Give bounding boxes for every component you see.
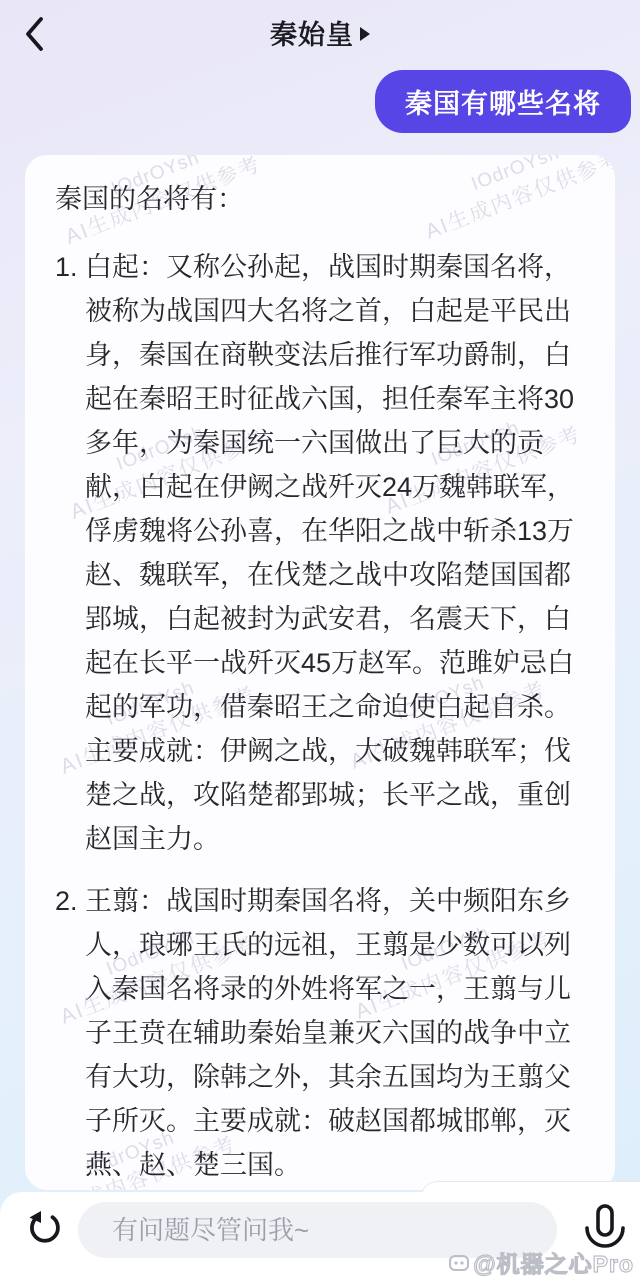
brand-watermark-text: @机器之心Pro [473, 1246, 634, 1279]
user-message-text: 秦国有哪些名将 [405, 82, 601, 121]
list-item: 2. 王翦：战国时期秦国名将，关中频阳东乡人，琅琊王氏的远祖，王翦是少数可以列入… [55, 879, 585, 1187]
robot-logo-icon [448, 1252, 470, 1274]
microphone-icon [582, 1204, 628, 1252]
title-area[interactable]: 秦始皇 [0, 0, 640, 64]
header: 秦始皇 [0, 0, 640, 64]
page-title: 秦始皇 [270, 13, 354, 52]
assistant-message-card: IOdrOYshAI生成内容仅供参考IOdrOYshAI生成内容仅供参考IOdr… [25, 155, 615, 1190]
voice-input-button[interactable] [582, 1204, 628, 1252]
list-item-number: 1. [55, 245, 85, 861]
brand-watermark: @机器之心Pro [448, 1246, 634, 1279]
triangle-right-icon [360, 27, 370, 41]
user-message-bubble: 秦国有哪些名将 [375, 70, 631, 133]
list-item-text: 白起：又称公孙起，战国时期秦国名将，被称为战国四大名将之首，白起是平民出身，秦国… [85, 245, 585, 861]
refresh-button[interactable] [26, 1210, 62, 1246]
list-item: 1. 白起：又称公孙起，战国时期秦国名将，被称为战国四大名将之首，白起是平民出身… [55, 245, 585, 861]
refresh-icon [26, 1210, 62, 1246]
assistant-message-content: 秦国的名将有： 1. 白起：又称公孙起，战国时期秦国名将，被称为战国四大名将之首… [25, 155, 615, 1190]
answer-intro: 秦国的名将有： [55, 177, 585, 221]
list-item-text: 王翦：战国时期秦国名将，关中频阳东乡人，琅琊王氏的远祖，王翦是少数可以列入秦国名… [85, 879, 585, 1187]
list-item-number: 2. [55, 879, 85, 1187]
